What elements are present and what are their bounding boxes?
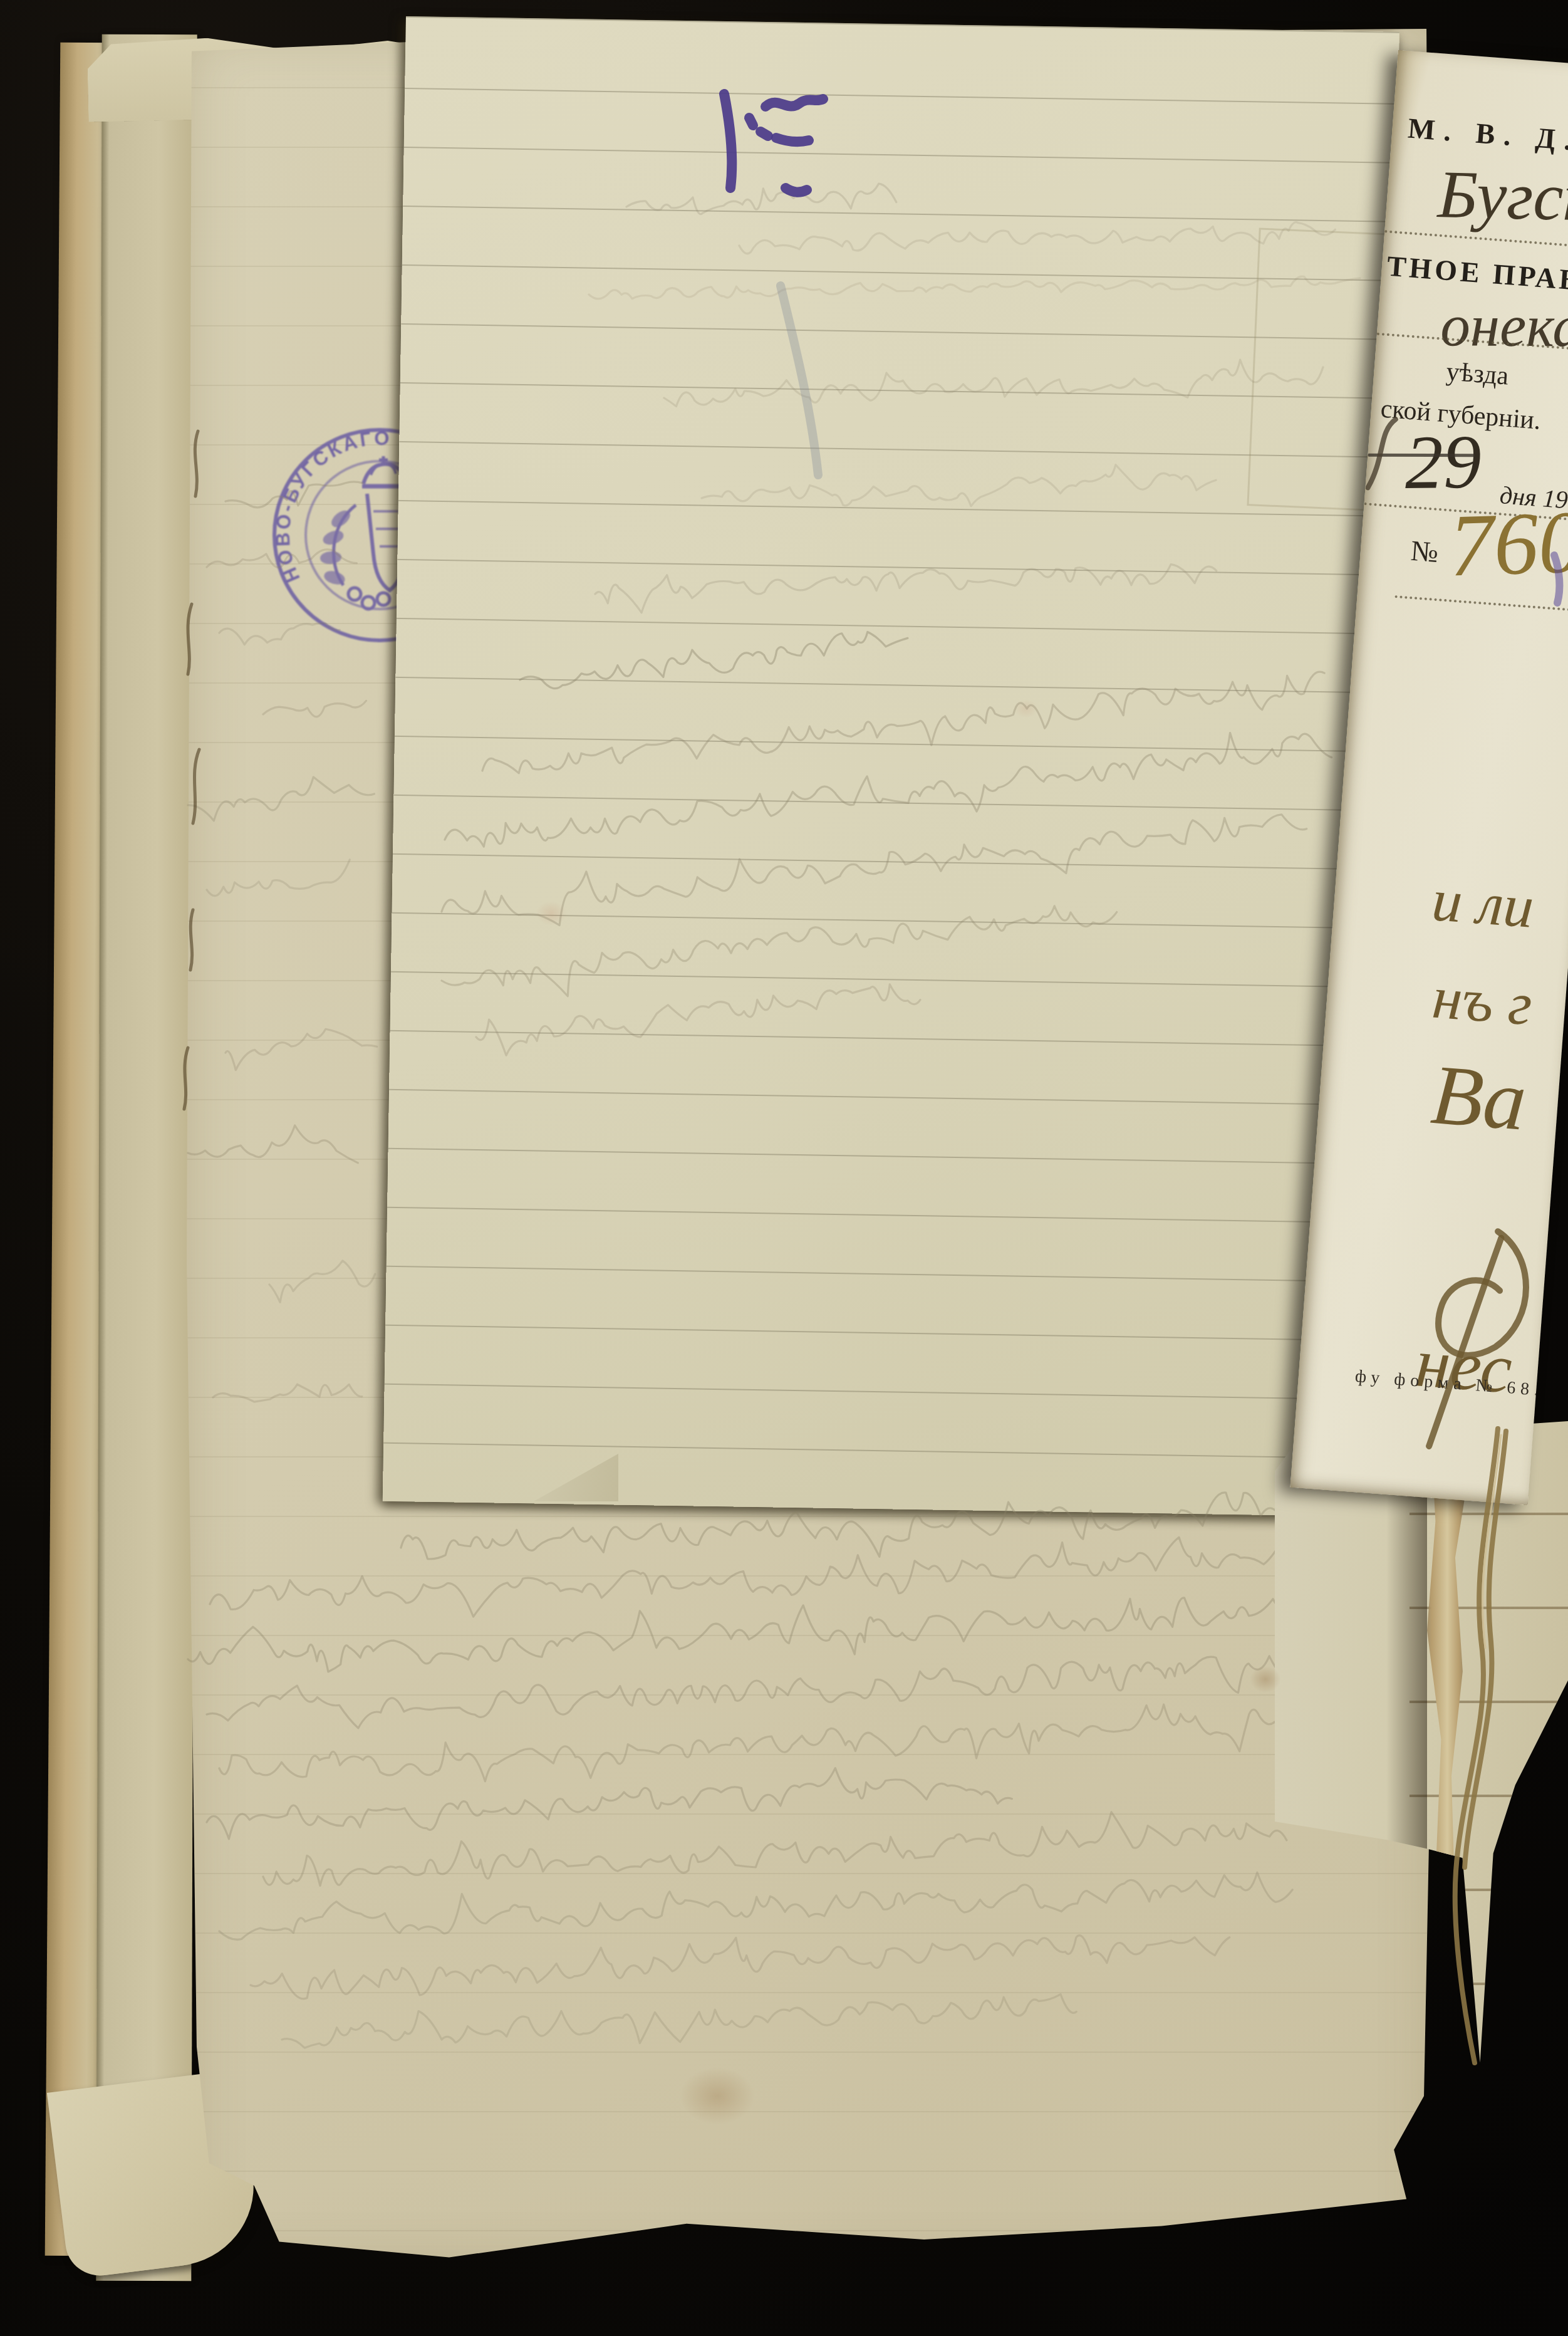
paper-edge-strip-inner	[96, 34, 197, 2281]
ministry-abbreviation: М. В. Д.	[1407, 114, 1568, 156]
center-lined-page	[383, 16, 1399, 1517]
ink-fragment-3: Ва	[1428, 1052, 1529, 1144]
dotted-leader	[1394, 595, 1568, 612]
handwritten-day: 29	[1404, 424, 1482, 501]
handwritten-number: 760	[1448, 497, 1568, 590]
ink-stain	[664, 2055, 771, 2137]
slip-month-tail	[1368, 418, 1396, 489]
ruled-lines	[383, 16, 1399, 1517]
handwritten-org-name: Бугск	[1437, 161, 1568, 232]
ruled-lines-brown	[1410, 1421, 1568, 2076]
foxing-spot	[529, 896, 573, 931]
scanned-document-page: НОВО-БУГСКАГО ВОЛОСТНОГО М. В. Д. Бугск …	[0, 0, 1568, 2336]
foxing-spot	[1009, 696, 1043, 722]
uyezd-label: уѣзда	[1445, 358, 1510, 389]
ink-stain	[1243, 1661, 1287, 1698]
ink-fragment-2: нъ г	[1430, 967, 1534, 1035]
ink-fragment-1: и ли	[1430, 870, 1536, 937]
number-sign: №	[1410, 536, 1439, 567]
